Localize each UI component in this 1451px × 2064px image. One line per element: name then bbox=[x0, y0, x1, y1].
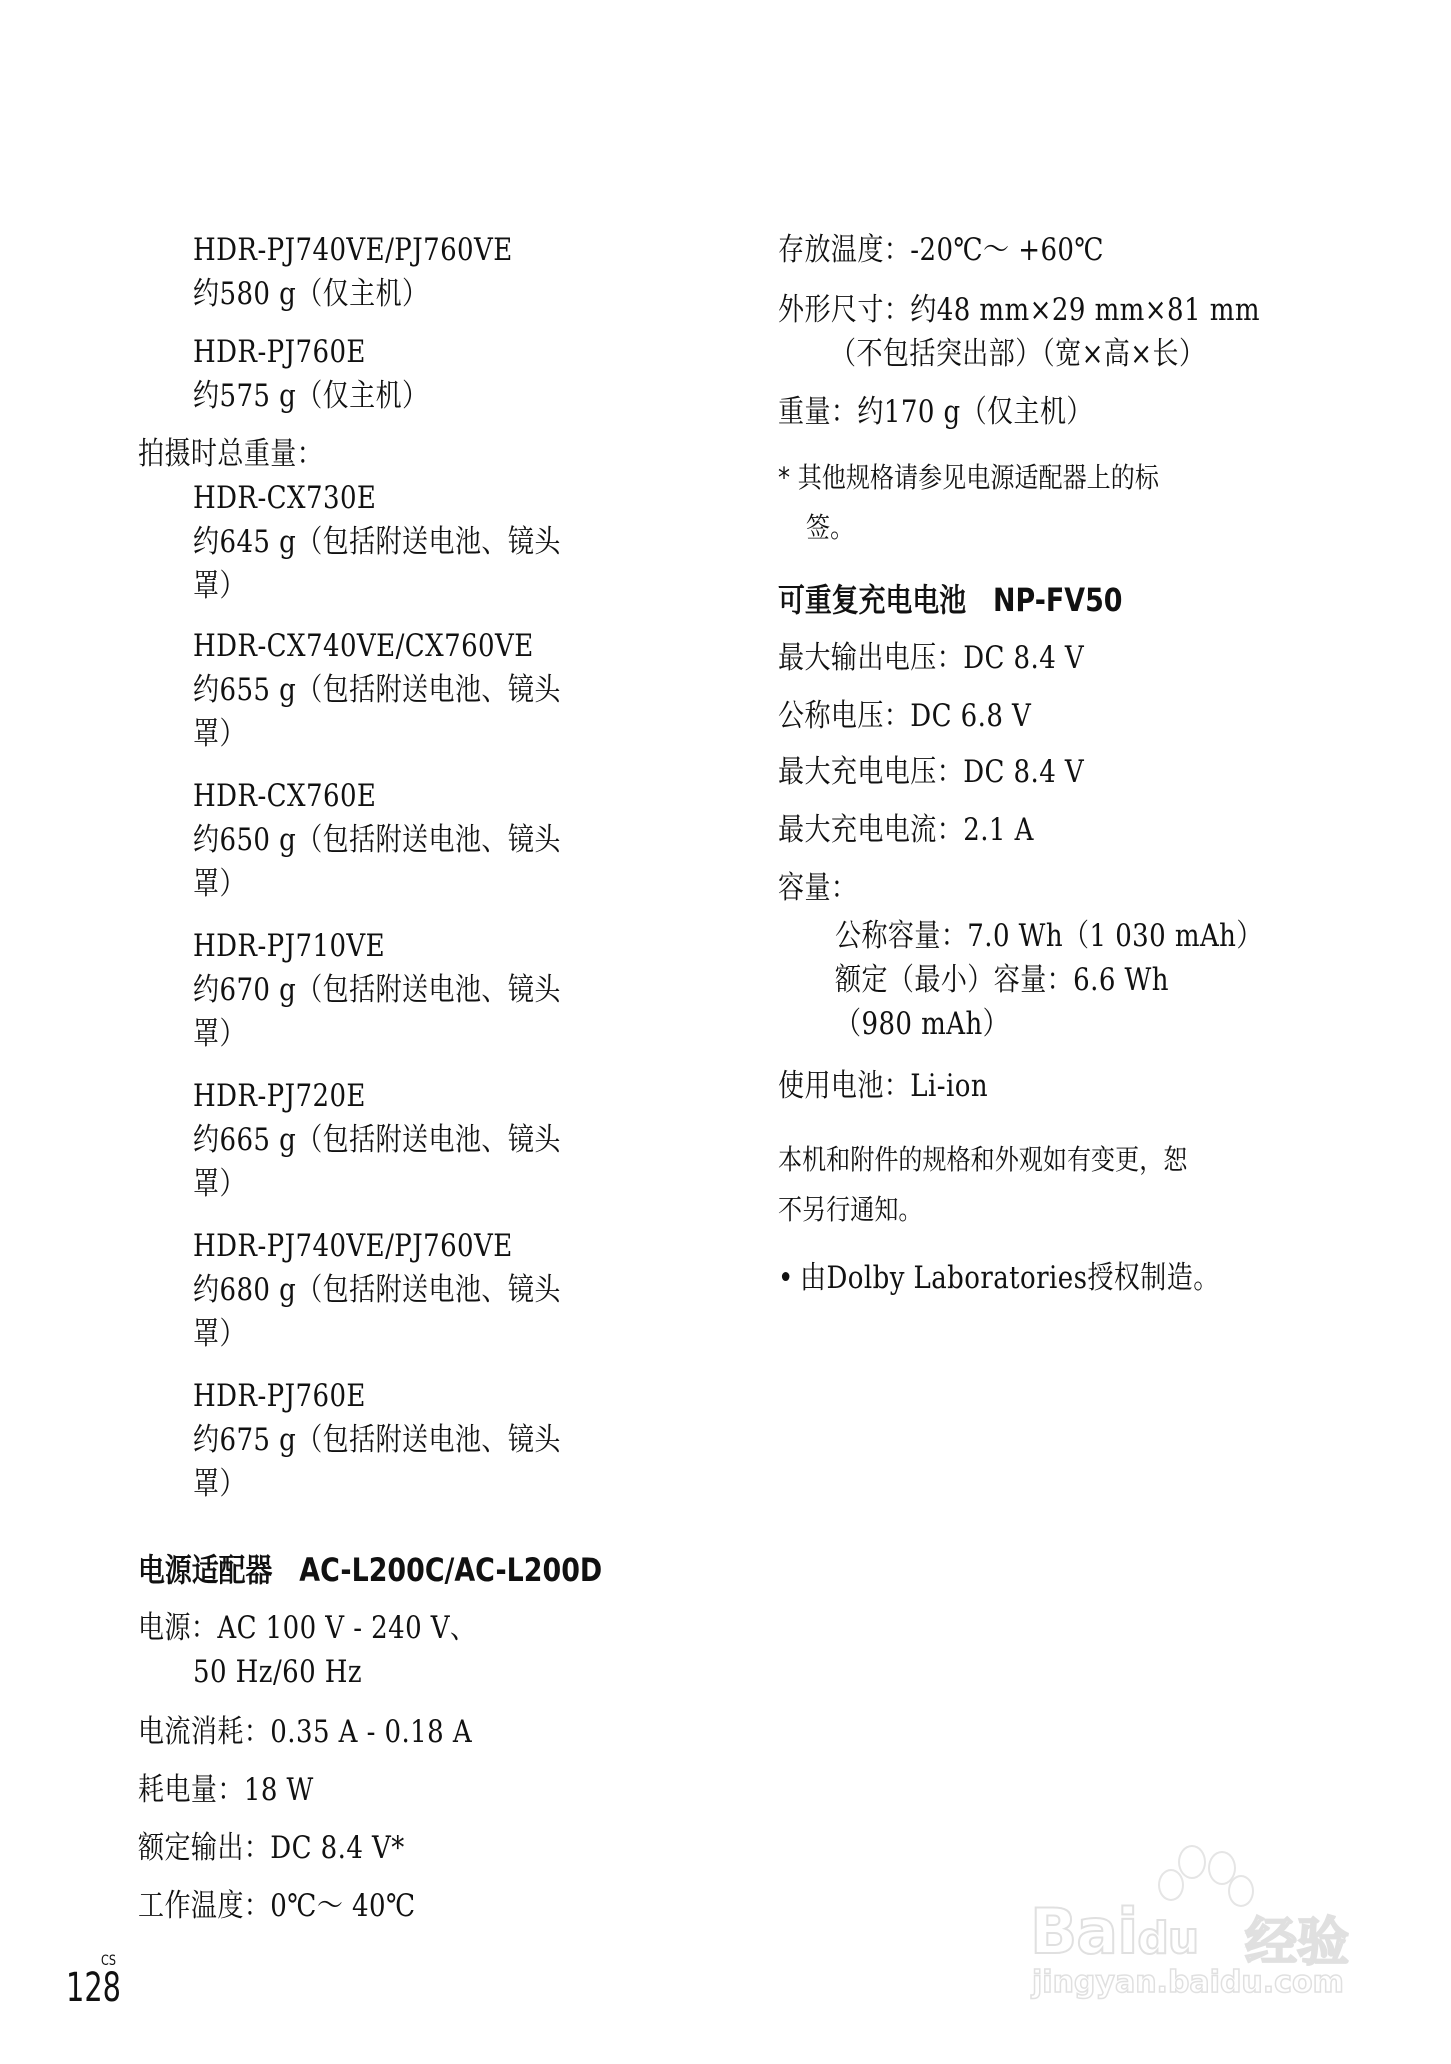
baidu-watermark: Baidu 经验 jingyan.baidu.com bbox=[1030, 1845, 1370, 2005]
watermark-logo: Baidu bbox=[1030, 1895, 1198, 1968]
dimensions-cont: （不包括突出部）（宽×高×长） bbox=[830, 332, 1205, 376]
bullet-icon: • bbox=[778, 1256, 794, 1300]
rated-min-capacity: 额定（最小）容量：6.6 Wh bbox=[835, 958, 1169, 1002]
weight-value: 约680 g（包括附送电池、镜头 bbox=[193, 1268, 561, 1312]
rated-output: 额定输出：DC 8.4 V* bbox=[138, 1826, 405, 1870]
weight-value-cont: 罩） bbox=[193, 564, 246, 608]
weight-value-cont: 罩） bbox=[193, 1462, 246, 1506]
model-name: HDR-PJ760E bbox=[193, 1374, 366, 1418]
footnote: * 其他规格请参见电源适配器上的标 bbox=[778, 456, 1159, 500]
weight-value: 约655 g（包括附送电池、镜头 bbox=[193, 668, 561, 712]
battery-heading: 可重复充电电池 NP-FV50 bbox=[778, 578, 1123, 622]
power-source-cont: 50 Hz/60 Hz bbox=[193, 1650, 362, 1694]
operating-temperature: 工作温度：0℃～ 40℃ bbox=[138, 1884, 416, 1928]
weight-value: 约575 g（仅主机） bbox=[193, 374, 429, 418]
max-charge-voltage: 最大充电电压：DC 8.4 V bbox=[778, 750, 1084, 794]
max-output-voltage: 最大输出电压：DC 8.4 V bbox=[778, 636, 1084, 680]
spec-change-notice: 本机和附件的规格和外观如有变更，恕 bbox=[778, 1138, 1187, 1182]
spec-change-notice-cont: 不另行通知。 bbox=[778, 1188, 922, 1232]
model-name: HDR-CX760E bbox=[193, 774, 376, 818]
weight-value: 约670 g（包括附送电池、镜头 bbox=[193, 968, 561, 1012]
max-charge-current: 最大充电电流：2.1 A bbox=[778, 808, 1034, 852]
mass: 重量：约170 g（仅主机） bbox=[778, 390, 1093, 434]
model-name: HDR-CX730E bbox=[193, 476, 376, 520]
model-name: HDR-PJ720E bbox=[193, 1074, 366, 1118]
paw-icon bbox=[1178, 1845, 1206, 1879]
watermark-logo-text: Bai bbox=[1030, 1895, 1137, 1968]
watermark-logo-du: du bbox=[1137, 1913, 1198, 1964]
capacity-label: 容量： bbox=[778, 866, 857, 910]
weight-value-cont: 罩） bbox=[193, 1312, 246, 1356]
battery-type: 使用电池：Li-ion bbox=[778, 1064, 988, 1108]
weight-value: 约665 g（包括附送电池、镜头 bbox=[193, 1118, 561, 1162]
model-name: HDR-PJ740VE/PJ760VE bbox=[193, 228, 513, 272]
footnote-cont: 签。 bbox=[806, 506, 854, 550]
model-name: HDR-PJ760E bbox=[193, 330, 366, 374]
model-name: HDR-PJ710VE bbox=[193, 924, 385, 968]
model-name: HDR-CX740VE/CX760VE bbox=[193, 624, 534, 668]
weight-value: 约650 g（包括附送电池、镜头 bbox=[193, 818, 561, 862]
weight-value-cont: 罩） bbox=[193, 1012, 246, 1056]
watermark-cn: 经验 bbox=[1245, 1900, 1349, 1975]
weight-value-cont: 罩） bbox=[193, 712, 246, 756]
ac-adapter-heading: 电源适配器 AC-L200C/AC-L200D bbox=[138, 1548, 602, 1592]
nominal-voltage: 公称电压：DC 6.8 V bbox=[778, 694, 1031, 738]
weight-value: 约645 g（包括附送电池、镜头 bbox=[193, 520, 561, 564]
weight-value-cont: 罩） bbox=[193, 862, 246, 906]
nominal-capacity: 公称容量：7.0 Wh（1 030 mAh） bbox=[835, 914, 1263, 958]
weight-value-cont: 罩） bbox=[193, 1162, 246, 1206]
power-source: 电源：AC 100 V - 240 V、 bbox=[138, 1606, 476, 1650]
dimensions: 外形尺寸：约48 mm×29 mm×81 mm bbox=[778, 288, 1260, 332]
rated-min-capacity-cont: （980 mAh） bbox=[835, 1002, 1009, 1046]
weight-value: 约580 g（仅主机） bbox=[193, 272, 429, 316]
weight-value: 约675 g（包括附送电池、镜头 bbox=[193, 1418, 561, 1462]
model-name: HDR-PJ740VE/PJ760VE bbox=[193, 1224, 513, 1268]
dolby-license: 由Dolby Laboratories授权制造。 bbox=[800, 1256, 1220, 1300]
watermark-url: jingyan.baidu.com bbox=[1032, 1965, 1344, 2000]
storage-temperature: 存放温度：-20℃～ +60℃ bbox=[778, 228, 1104, 272]
power-consumption: 耗电量：18 W bbox=[138, 1768, 314, 1812]
page-number: 128 bbox=[66, 1968, 121, 2008]
total-weight-label: 拍摄时总重量： bbox=[138, 432, 323, 476]
current-consumption: 电流消耗：0.35 A - 0.18 A bbox=[138, 1710, 472, 1754]
